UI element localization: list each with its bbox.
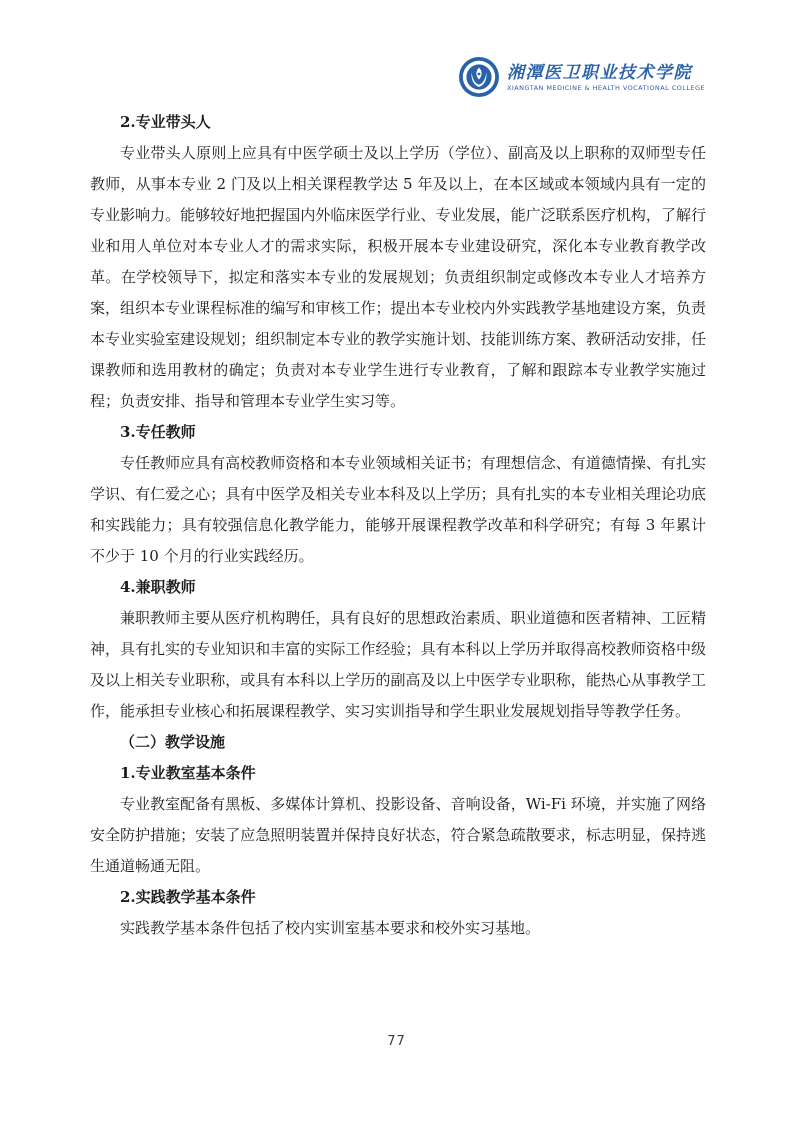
heading-classroom-basic-conditions: 1.专业教室基本条件 <box>90 758 706 789</box>
heading-professional-leader: 2.专业带头人 <box>90 107 706 138</box>
para-fulltime-teachers: 专任教师应具有高校教师资格和本专业领域相关证书；有理想信念、有道德情操、有扎实学… <box>90 448 706 572</box>
document-body: 2.专业带头人 专业带头人原则上应具有中医学硕士及以上学历（学位）、副高及以上职… <box>90 107 706 944</box>
document-page: 湘潭医卫职业技术学院 XIANGTAN MEDICINE & HEALTH VO… <box>0 0 793 1122</box>
para-parttime-teachers: 兼职教师主要从医疗机构聘任，具有良好的思想政治素质、职业道德和医者精神、工匠精神… <box>90 603 706 727</box>
college-name-cn: 湘潭医卫职业技术学院 <box>507 63 705 83</box>
heading-teaching-facilities: （二）教学设施 <box>90 727 706 758</box>
para-professional-leader: 专业带头人原则上应具有中医学硕士及以上学历（学位）、副高及以上职称的双师型专任教… <box>90 138 706 417</box>
para-classroom-basic-conditions: 专业教室配备有黑板、多媒体计算机、投影设备、音响设备，Wi-Fi 环境，并实施了… <box>90 789 706 882</box>
heading-parttime-teachers: 4.兼职教师 <box>90 572 706 603</box>
page-number: 77 <box>387 1034 406 1049</box>
page-header: 湘潭医卫职业技术学院 XIANGTAN MEDICINE & HEALTH VO… <box>458 56 705 98</box>
heading-fulltime-teachers: 3.专任教师 <box>90 417 706 448</box>
college-emblem-icon <box>458 56 500 98</box>
para-practice-teaching-conditions: 实践教学基本条件包括了校内实训室基本要求和校外实习基地。 <box>90 913 706 944</box>
college-logo: 湘潭医卫职业技术学院 XIANGTAN MEDICINE & HEALTH VO… <box>507 63 705 92</box>
page-footer: 77 <box>0 1030 793 1049</box>
heading-practice-teaching-conditions: 2.实践教学基本条件 <box>90 882 706 913</box>
college-name-en: XIANGTAN MEDICINE & HEALTH VOCATIONAL CO… <box>507 84 705 92</box>
